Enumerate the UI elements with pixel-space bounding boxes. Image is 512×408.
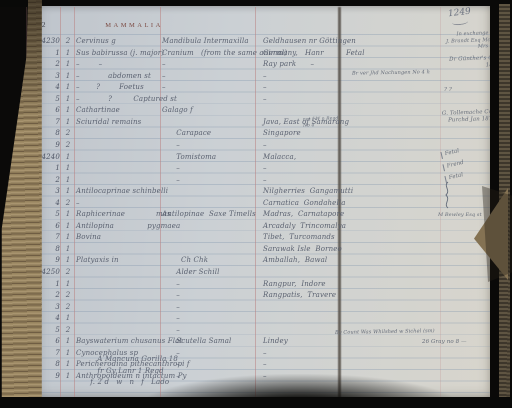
part-description: – <box>162 165 180 171</box>
register-row: 61CathartinaeGalago f– <box>26 106 494 118</box>
part-description: Antilopinae Saxe Timells <box>162 211 256 217</box>
not-regd-note: not f W n Regd No 4 <box>303 116 339 129</box>
register-row: 142502 Alder Schill– <box>26 268 494 280</box>
part-description: Galago f <box>162 107 193 113</box>
locality: Germany, Hanr <box>263 50 324 56</box>
part-description: – <box>162 73 166 79</box>
register-row: 142302Cervinus gMandibula IntermaxillaGe… <box>26 37 494 49</box>
specimen-count: 2 <box>62 200 74 206</box>
locality: Tibet, Turcomands <box>263 234 335 240</box>
locality: Rangpatis, Travere <box>263 292 336 298</box>
taxon-name: Raphicerinae mas <box>76 211 171 217</box>
locality: Arcadaly Trincomalya <box>263 223 346 229</box>
brace-mark <box>442 181 452 209</box>
specimen-count: 2 <box>62 142 74 148</box>
locality: Madras, Carnatapore <box>263 211 344 217</box>
register-row: 61Antilopina pygmaeaArcadaly Trincomalya… <box>26 222 494 234</box>
taxon-name: Sciuridal remains <box>76 119 141 125</box>
specimen-count: 1 <box>62 61 74 67</box>
register-row: 42–Carnatica Gondahella– <box>26 199 494 211</box>
specimen-count: 1 <box>62 373 74 379</box>
register-row: 51– ? Captured st–– <box>26 95 494 107</box>
locality: Nilgherries Gangamutti <box>263 188 353 194</box>
taxon-name: Sus babirussa (j. major) <box>76 50 164 56</box>
part-description: – <box>162 315 180 321</box>
locality: Lindey <box>263 338 288 344</box>
register-row: 41 –– – <box>26 314 494 326</box>
locality: Singapore <box>263 130 301 136</box>
locality: Rangpur, Indore <box>263 281 326 287</box>
taxon-name: Bovina <box>76 234 101 240</box>
locality: Ray park – <box>263 61 314 67</box>
part-description: – <box>162 177 180 183</box>
specimen-count: 1 <box>62 234 74 240</box>
locality: Amballah, Bawal <box>263 257 327 263</box>
specimen-count: 1 <box>62 350 74 356</box>
register-row: 71BovinaTibet, Turcomands– <box>26 233 494 245</box>
taxon-name: – <box>76 200 80 206</box>
specimen-count: 1 <box>62 257 74 263</box>
register-photo-scene: 12 MAMMALIA 1249 142302Cervinus gMandibu… <box>0 0 512 408</box>
locality: Geldhausen nr Göttingen <box>263 38 356 44</box>
taxon-name: Antilocaprinae schinbelli <box>76 188 168 194</box>
locality: – <box>263 350 267 356</box>
taxon-name: Platyaxis in <box>76 257 119 263</box>
specimen-count: 1 <box>62 107 74 113</box>
specimen-count: 2 <box>62 327 74 333</box>
part-description: Ch Chk <box>162 257 208 263</box>
locality: Sarawak Isle Borneo <box>263 246 342 252</box>
photo-frame-bottom <box>0 397 512 408</box>
specimen-count: 1 <box>62 154 74 160</box>
taxon-name: Cathartinae <box>76 107 120 113</box>
locality: Carnatica Gondahella <box>263 200 346 206</box>
gray-note: 26 Gray no 8 — <box>422 339 467 346</box>
specimen-count: 1 <box>62 223 74 229</box>
register-row: 11Sus babirussa (j. major)Cranium (from … <box>26 49 494 61</box>
section-heading: MAMMALIA <box>88 22 180 29</box>
register-row: 21 ––– <box>26 176 494 188</box>
part-description: Tomistoma <box>162 154 216 160</box>
specimen-count: 1 <box>62 177 74 183</box>
specimen-count: 1 <box>62 315 74 321</box>
specimen-count: 1 <box>62 188 74 194</box>
specimen-count: 2 <box>62 269 74 275</box>
register-row: 11 ––– <box>26 164 494 176</box>
taxon-name: Antilopina pygmaea <box>76 223 180 229</box>
locality: – <box>263 73 267 79</box>
taxon-name: – abdomen st <box>76 73 151 79</box>
part-description: – <box>162 361 180 367</box>
register-row: 22 –Rangpatis, Travere– – <box>26 291 494 303</box>
register-row: 91Platyaxis in Ch ChkAmballah, Bawal– <box>26 256 494 268</box>
register-row: 32 –– – <box>26 303 494 315</box>
specimen-count: 1 <box>62 96 74 102</box>
part-description: Mandibula Intermaxilla <box>162 38 249 44</box>
taxon-name: – ? Foetus <box>76 84 144 90</box>
locality: – <box>263 165 267 171</box>
specimen-count: 1 <box>62 73 74 79</box>
specimen-count: 1 <box>62 361 74 367</box>
part-description: Alder Schill <box>162 269 219 275</box>
part-description: Carapace <box>162 130 211 136</box>
locality: – <box>263 142 267 148</box>
register-row: 81Sarawak Isle Borneo– <box>26 245 494 257</box>
register-row: 142401 TomistomaMalacca,– <box>26 153 494 165</box>
register-row: 81Pericherodina pithecanthropi f fr Gy L… <box>26 360 494 372</box>
specimen-count: 1 <box>62 84 74 90</box>
register-row: 31Antilocaprinae schinbelliNilgherries G… <box>26 187 494 199</box>
annotation: Fetal <box>346 50 365 56</box>
locality: – <box>263 96 267 102</box>
part-description: – <box>162 327 180 333</box>
register-row: 41– ? Foetus––– <box>26 83 494 95</box>
part-description: – <box>162 61 166 67</box>
nachungen-note: Br ver Jhd Nachungen No 4 h <box>352 69 430 77</box>
register-row: 71Sciuridal remainsJava, East of Samaran… <box>26 118 494 130</box>
part-description: – <box>162 350 180 356</box>
part-description: – <box>162 292 180 298</box>
locality: – <box>263 84 267 90</box>
specimen-count: 1 <box>62 50 74 56</box>
page-edges-left <box>0 0 44 408</box>
part-description: – <box>162 281 180 287</box>
part-description: – <box>162 84 166 90</box>
locality: – <box>263 361 267 367</box>
register-row: 92 ––– <box>26 141 494 153</box>
part-description: – <box>162 142 180 148</box>
locality: – <box>263 177 267 183</box>
register-row: 71Cynocephalus sp A Mancuna Gorilla 18 –… <box>26 349 494 361</box>
specimen-count: 2 <box>62 38 74 44</box>
register-row: 51Raphicerinae masAntilopinae Saxe Timel… <box>26 210 494 222</box>
specimen-count: 1 <box>62 119 74 125</box>
tollemache-note: G. Tollemache Coll Purchd Jan 1873 <box>432 109 496 126</box>
specimen-count: 1 <box>62 338 74 344</box>
taxon-name: – ? Captured st <box>76 96 177 102</box>
register-row: 11 –Rangpur, Indore– <box>26 280 494 292</box>
specimen-count: 2 <box>62 130 74 136</box>
specimen-count: 2 <box>62 292 74 298</box>
part-description: – <box>162 304 180 310</box>
taxon-name: Cervinus g <box>76 38 116 44</box>
specimen-count: 1 <box>62 246 74 252</box>
register-row: 82 CarapaceSingapore– <box>26 129 494 141</box>
locality: Malacca, <box>263 154 296 160</box>
murchison-note: M Bewley Esq st <box>438 212 482 219</box>
mark-pair: ? ? <box>444 87 452 94</box>
specimen-count: 1 <box>62 165 74 171</box>
specimen-count: 2 <box>62 304 74 310</box>
specimen-count: 1 <box>62 211 74 217</box>
taxon-name: – – <box>76 61 102 67</box>
specimen-count: 1 <box>62 281 74 287</box>
part-description: Scutella Samal <box>162 338 231 344</box>
